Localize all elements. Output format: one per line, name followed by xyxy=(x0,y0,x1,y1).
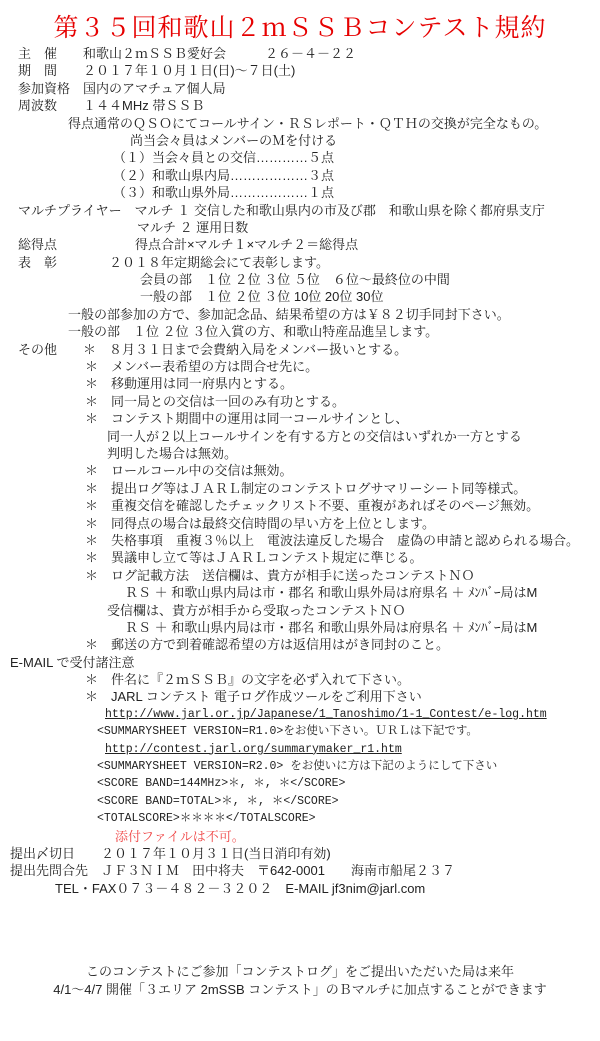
score-band-total-line: <SCORE BAND=TOTAL>＊, ＊, ＊</SCORE> xyxy=(0,793,600,810)
doc-line: ＊ メンバー表希望の方は問合せ先に。 xyxy=(0,358,600,375)
doc-line: 同一人が２以上コールサインを有する方との交信はいずれか一方とする xyxy=(0,428,600,445)
period-line: 期 間 ２０１７年１０月１日(日)～７日(土) xyxy=(0,62,600,79)
doc-line: ＊ 移動運用は同一府県内とする。 xyxy=(0,375,600,392)
doc-line: ＊ 異議申し立て等はＪＡＲＬコンテスト規定に準じる。 xyxy=(0,549,600,566)
tel-fax-email-line: TEL・FAX０７３－４８２－３２０２ E-MAIL jf3nim@jarl.c… xyxy=(0,880,600,897)
points-item-line: （３）和歌山県外局………………１点 xyxy=(0,184,600,201)
prize-note-line: 一般の部 １位 ２位 ３位入賞の方、和歌山特産品進呈します。 xyxy=(0,323,600,340)
stamp-note-line: 一般の部参加の方で、参加記念品、結果希望の方は￥８２切手同封下さい。 xyxy=(0,306,600,323)
member-ranks-line: 会員の部 １位 ２位 ３位 ５位 ６位～最終位の中間 xyxy=(0,271,600,288)
totalscore-line: <TOTALSCORE>＊＊＊＊</TOTALSCORE> xyxy=(0,810,600,827)
doc-line: ＊ 同一局との交信は一回のみ有功とする。 xyxy=(0,393,600,410)
footer-gap xyxy=(0,897,600,963)
deadline-line: 提出〆切日 ２０１７年１０月３１日(当日消印有効) xyxy=(0,845,600,862)
member-mark-line: 尚当会々員はメンバーのＭを付ける xyxy=(0,132,600,149)
doc-line: ＊ ロールコール中の交信は無効。 xyxy=(0,462,600,479)
doc-line: ＊ 同得点の場合は最終交信時間の早い方を上位とします。 xyxy=(0,515,600,532)
footer-note-line: 4/1～4/7 開催「３エリア 2mSSB コンテスト」のＢマルチに加点すること… xyxy=(0,981,600,998)
summarysheet-r1-line: <SUMMARYSHEET VERSION=R1.0>をお使い下さい。ＵＲＬは下… xyxy=(0,723,600,740)
attachment-warning: 添付ファイルは不可。 xyxy=(0,828,600,845)
frequency-line: 周波数 １４４MHz 帯ＳＳＢ xyxy=(0,97,600,114)
scoring-line: 得点通常のＱＳＯにてコールサイン・ＲＳレポート・ＱＴＨの交換が完全なもの。 xyxy=(0,115,600,132)
points-item-line: （１）当会々員との交信…………５点 xyxy=(0,149,600,166)
other-notes-line: その他 ＊ ８月３１日まで会費納入局をメンバー扱いとする。 xyxy=(0,341,600,358)
doc-line: ＊ 失格事項 重複３％以上 電波法違反した場合 虚偽の申請と認められる場合。 xyxy=(0,532,600,549)
total-score-line: 総得点 得点合計×マルチ１×マルチ２＝総得点 xyxy=(0,236,600,253)
general-ranks-line: 一般の部 １位 ２位 ３位 10位 20位 30位 xyxy=(0,288,600,305)
organizer-line: 主 催 和歌山２ｍＳＳＢ愛好会 ２６－４－２２ xyxy=(0,45,600,62)
doc-line: ＊ 重複交信を確認したチェックリスト不要、重複があればそのページ無効。 xyxy=(0,497,600,514)
rx-column-line: 受信欄は、貴方が相手から受取ったコンテストＮＯ xyxy=(0,602,600,619)
points-item-line: （２）和歌山県内局………………３点 xyxy=(0,167,600,184)
page-title: 第３５回和歌山２ｍＳＳＢコンテスト規約 xyxy=(0,0,600,45)
doc-line: ＊ JARL コンテスト 電子ログ作成ツールをご利用下さい xyxy=(0,688,600,705)
email-notes-heading: E-MAIL で受付諸注意 xyxy=(0,654,600,671)
log-format-line: ＊ ログ記載方法 送信欄は、貴方が相手に送ったコンテストＮＯ xyxy=(0,567,600,584)
doc-line: ＊ 件名に『２ｍＳＳＢ』の文字を必ず入れて下さい。 xyxy=(0,671,600,688)
awards-line: 表 彰 ２０１８年定期総会にて表彰します。 xyxy=(0,254,600,271)
multiplier-line: マルチプライヤー マルチ １ 交信した和歌山県内の市及び郡 和歌山県を除く都府県… xyxy=(0,202,600,219)
doc-line: ＊ 提出ログ等はＪＡＲＬ制定のコンテストログサマリーシート同等様式。 xyxy=(0,480,600,497)
footer-note-line: このコンテストにご参加「コンテストログ」をご提出いただいた局は来年 xyxy=(0,963,600,980)
doc-line: ＊ コンテスト期間中の運用は同一コールサインとし、 xyxy=(0,410,600,427)
doc-line: ＊ 郵送の方で到着確認希望の方は返信用はがき同封のこと。 xyxy=(0,636,600,653)
eligibility-line: 参加資格 国内のアマチュア個人局 xyxy=(0,80,600,97)
summarysheet-r2-line: <SUMMARYSHEET VERSION=R2.0> をお使いに方は下記のよう… xyxy=(0,758,600,775)
multiplier2-line: マルチ ２ 運用日数 xyxy=(0,219,600,236)
summarymaker-url-link[interactable]: http://contest.jarl.org/summarymaker_r1.… xyxy=(0,741,600,758)
elog-url-link[interactable]: http://www.jarl.or.jp/Japanese/1_Tanoshi… xyxy=(0,706,600,723)
contest-no-line: ＲＳ ＋ 和歌山県内局は市・郡名 和歌山県外局は府県名 ＋ ﾒﾝﾊﾞｰ局はM xyxy=(0,619,600,636)
score-band-144-line: <SCORE BAND=144MHz>＊, ＊, ＊</SCORE> xyxy=(0,775,600,792)
contest-rules-document: 第３５回和歌山２ｍＳＳＢコンテスト規約 主 催 和歌山２ｍＳＳＢ愛好会 ２６－４… xyxy=(0,0,600,1041)
contest-no-line: ＲＳ ＋ 和歌山県内局は市・郡名 和歌山県外局は府県名 ＋ ﾒﾝﾊﾞｰ局はM xyxy=(0,584,600,601)
doc-line: 判明した場合は無効。 xyxy=(0,445,600,462)
contact-line: 提出先問合先 ＪＦ３ＮＩＭ 田中将夫 〒642-0001 海南市船尾２３７ xyxy=(0,862,600,879)
